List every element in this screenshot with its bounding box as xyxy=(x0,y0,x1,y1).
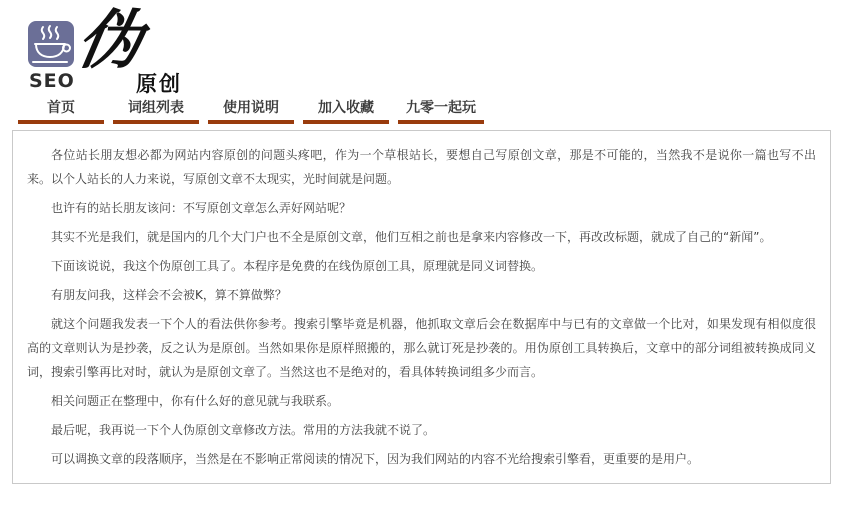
paragraph: 相关问题正在整理中，你有什么好的意见就与我联系。 xyxy=(27,389,816,413)
paragraph: 就这个问题我发表一下个人的看法供你参考。搜索引擎毕竟是机器，他抓取文章后会在数据… xyxy=(27,312,816,384)
nav-underline xyxy=(398,120,484,124)
site-logo[interactable]: SEO 伪 原创 xyxy=(28,8,288,100)
logo-brand-text: SEO xyxy=(29,70,75,92)
nav-item-90-play[interactable]: 九零一起玩 xyxy=(398,100,484,124)
nav-item-add-favorite[interactable]: 加入收藏 xyxy=(303,100,389,124)
nav-underline xyxy=(113,120,199,124)
nav-item-label: 词组列表 xyxy=(113,100,199,116)
paragraph: 各位站长朋友想必都为网站内容原创的问题头疼吧，作为一个草根站长，要想自己写原创文… xyxy=(27,143,816,191)
paragraph: 也许有的站长朋友该问：不写原创文章怎么弄好网站呢？ xyxy=(27,196,816,220)
logo-suffix-text: 原创 xyxy=(136,68,182,98)
paragraph: 最后呢，我再说一下个人伪原创文章修改方法。常用的方法我就不说了。 xyxy=(27,418,816,442)
paragraph: 可以调换文章的段落顺序，当然是在不影响正常阅读的情况下，因为我们网站的内容不光给… xyxy=(27,447,816,471)
main-nav: 首页 词组列表 使用说明 加入收藏 九零一起玩 xyxy=(18,100,493,124)
nav-item-instructions[interactable]: 使用说明 xyxy=(208,100,294,124)
coffee-cup-icon xyxy=(28,21,74,67)
nav-item-label: 加入收藏 xyxy=(303,100,389,116)
nav-item-phrase-list[interactable]: 词组列表 xyxy=(113,100,199,124)
nav-item-label: 九零一起玩 xyxy=(398,100,484,116)
paragraph: 其实不光是我们，就是国内的几个大门户也不全是原创文章，他们互相之前也是拿来内容修… xyxy=(27,225,816,249)
paragraph: 下面该说说，我这个伪原创工具了。本程序是免费的在线伪原创工具，原理就是同义词替换… xyxy=(27,254,816,278)
nav-item-home[interactable]: 首页 xyxy=(18,100,104,124)
nav-underline xyxy=(18,120,104,124)
nav-item-label: 首页 xyxy=(18,100,104,116)
nav-underline xyxy=(303,120,389,124)
paragraph: 有朋友问我，这样会不会被K，算不算做弊？ xyxy=(27,283,816,307)
nav-underline xyxy=(208,120,294,124)
page: SEO 伪 原创 首页 词组列表 使用说明 加入收藏 九零一起玩 各位站长朋友想… xyxy=(0,0,841,514)
article-content: 各位站长朋友想必都为网站内容原创的问题头疼吧，作为一个草根站长，要想自己写原创文… xyxy=(12,130,831,484)
nav-item-label: 使用说明 xyxy=(208,100,294,116)
